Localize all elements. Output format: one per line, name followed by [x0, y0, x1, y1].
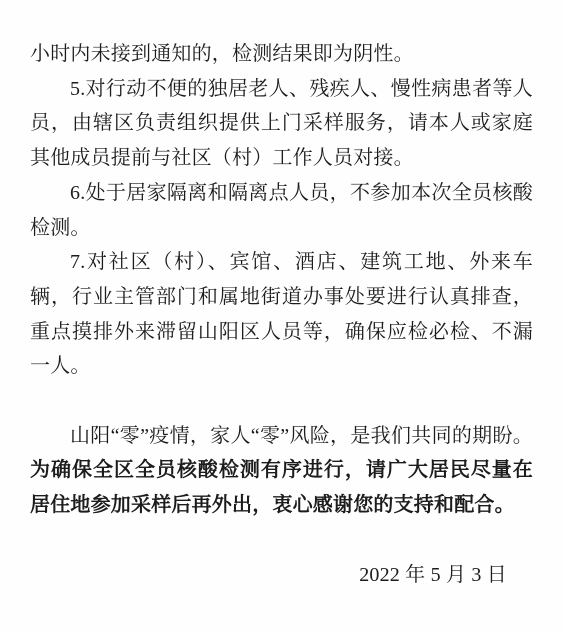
paragraph-continuation: 小时内未接到通知的，检测结果即为阴性。	[30, 37, 533, 72]
closing-bold-text: 为确保全区全员核酸检测有序进行，请广大居民尽量在居住地参加采样后再外出，衷心感谢…	[30, 459, 533, 516]
closing-normal-text: 山阳“零”疫情，家人“零”风险，是我们共同的期盼。	[70, 425, 533, 447]
paragraph-item-6: 6.处于居家隔离和隔离点人员，不参加本次全员核酸检测。	[30, 176, 533, 245]
closing-paragraph: 山阳“零”疫情，家人“零”风险，是我们共同的期盼。为确保全区全员核酸检测有序进行…	[30, 419, 533, 523]
paragraph-item-7: 7.对社区（村）、宾馆、酒店、建筑工地、外来车辆，行业主管部门和属地街道办事处要…	[30, 245, 533, 384]
notice-document-page: 小时内未接到通知的，检测结果即为阴性。 5.对行动不便的独居老人、残疾人、慢性病…	[0, 0, 563, 632]
date-line: 2022 年 5 月 3 日	[30, 558, 533, 593]
paragraph-item-5: 5.对行动不便的独居老人、残疾人、慢性病患者等人员，由辖区负责组织提供上门采样服…	[30, 72, 533, 176]
